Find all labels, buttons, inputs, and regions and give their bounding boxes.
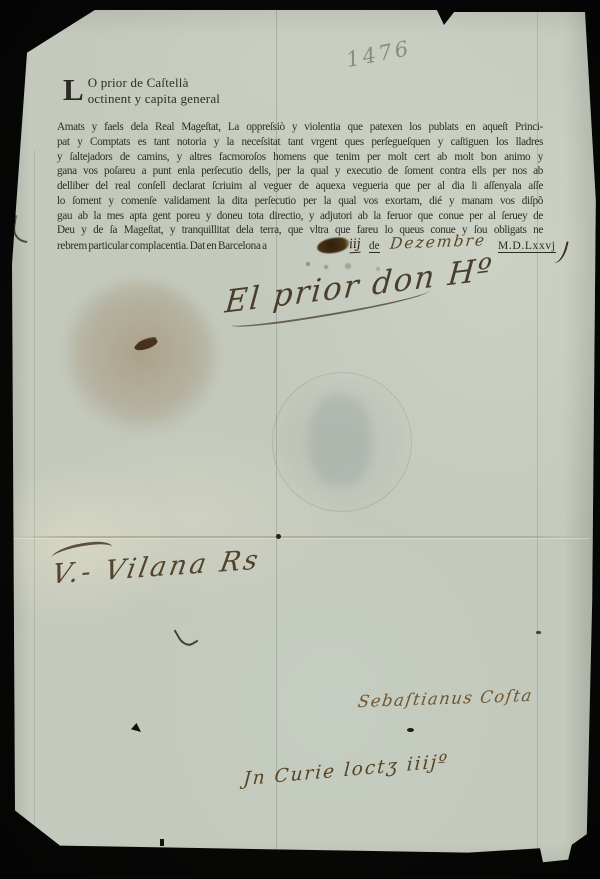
body-line: lo ſoment y comenſe validament la dita p… [57, 194, 543, 209]
costa-signature: Sebaſtianus Coſta [357, 686, 535, 711]
body-line: gau ab la mes apta gent poreu y doneu to… [57, 209, 543, 224]
paper-speck [276, 534, 281, 539]
document-header: L O prior de Caſtellà octinent y capita … [63, 75, 220, 106]
header-line-2: octinent y capita general [88, 91, 220, 107]
ink-blot [316, 236, 349, 254]
body-line: Amats y faels dela Real Mageſtat, La opp… [57, 120, 543, 135]
header-lines: O prior de Caſtellà octinent y capita ge… [88, 75, 220, 106]
photo-backdrop: 1476 L O prior de Caſtellà octinent y ca… [0, 0, 600, 879]
document-paper: 1476 L O prior de Caſtellà octinent y ca… [0, 0, 600, 879]
drop-cap-initial: L [63, 75, 84, 105]
margin-hook-mark [11, 215, 30, 243]
paper-speck [160, 839, 164, 846]
archival-number-pencil: 1476 [344, 36, 413, 72]
seal-impression [272, 372, 412, 512]
fold-crease-vertical-left [34, 150, 35, 840]
body-line: delliber del real conſell declarat ſcriu… [57, 179, 543, 194]
fold-crease-horizontal [12, 536, 590, 538]
handwritten-month: Dezembre [389, 231, 487, 252]
body-line: pat y Comptats es tant notoria y la nece… [57, 135, 543, 150]
date-printed-text: rebrem particular complacentia. Dat en B… [57, 240, 267, 252]
body-line: y ſaltejadors de camins, y altres facmor… [57, 150, 543, 165]
handwritten-day: iij [348, 237, 361, 254]
printed-year: M.D.Lxxvj [498, 239, 556, 253]
signature-descender-mark [174, 622, 199, 649]
curia-registry-note: Jn Curie loctʒ iiijº [243, 751, 450, 790]
date-printed-de: de [369, 240, 380, 253]
paper-speck [131, 723, 141, 732]
vilana-signature: V.- Vilana Rs [49, 544, 263, 590]
header-line-1: O prior de Caſtellà [88, 75, 220, 91]
paper-speck [407, 728, 414, 732]
paper-speck [536, 631, 541, 634]
body-paragraph: Amats y faels dela Real Mageſtat, La opp… [57, 120, 543, 238]
brown-stain [66, 280, 218, 432]
body-line: gana vos poſareu a punt enla perſecutio … [57, 164, 543, 179]
